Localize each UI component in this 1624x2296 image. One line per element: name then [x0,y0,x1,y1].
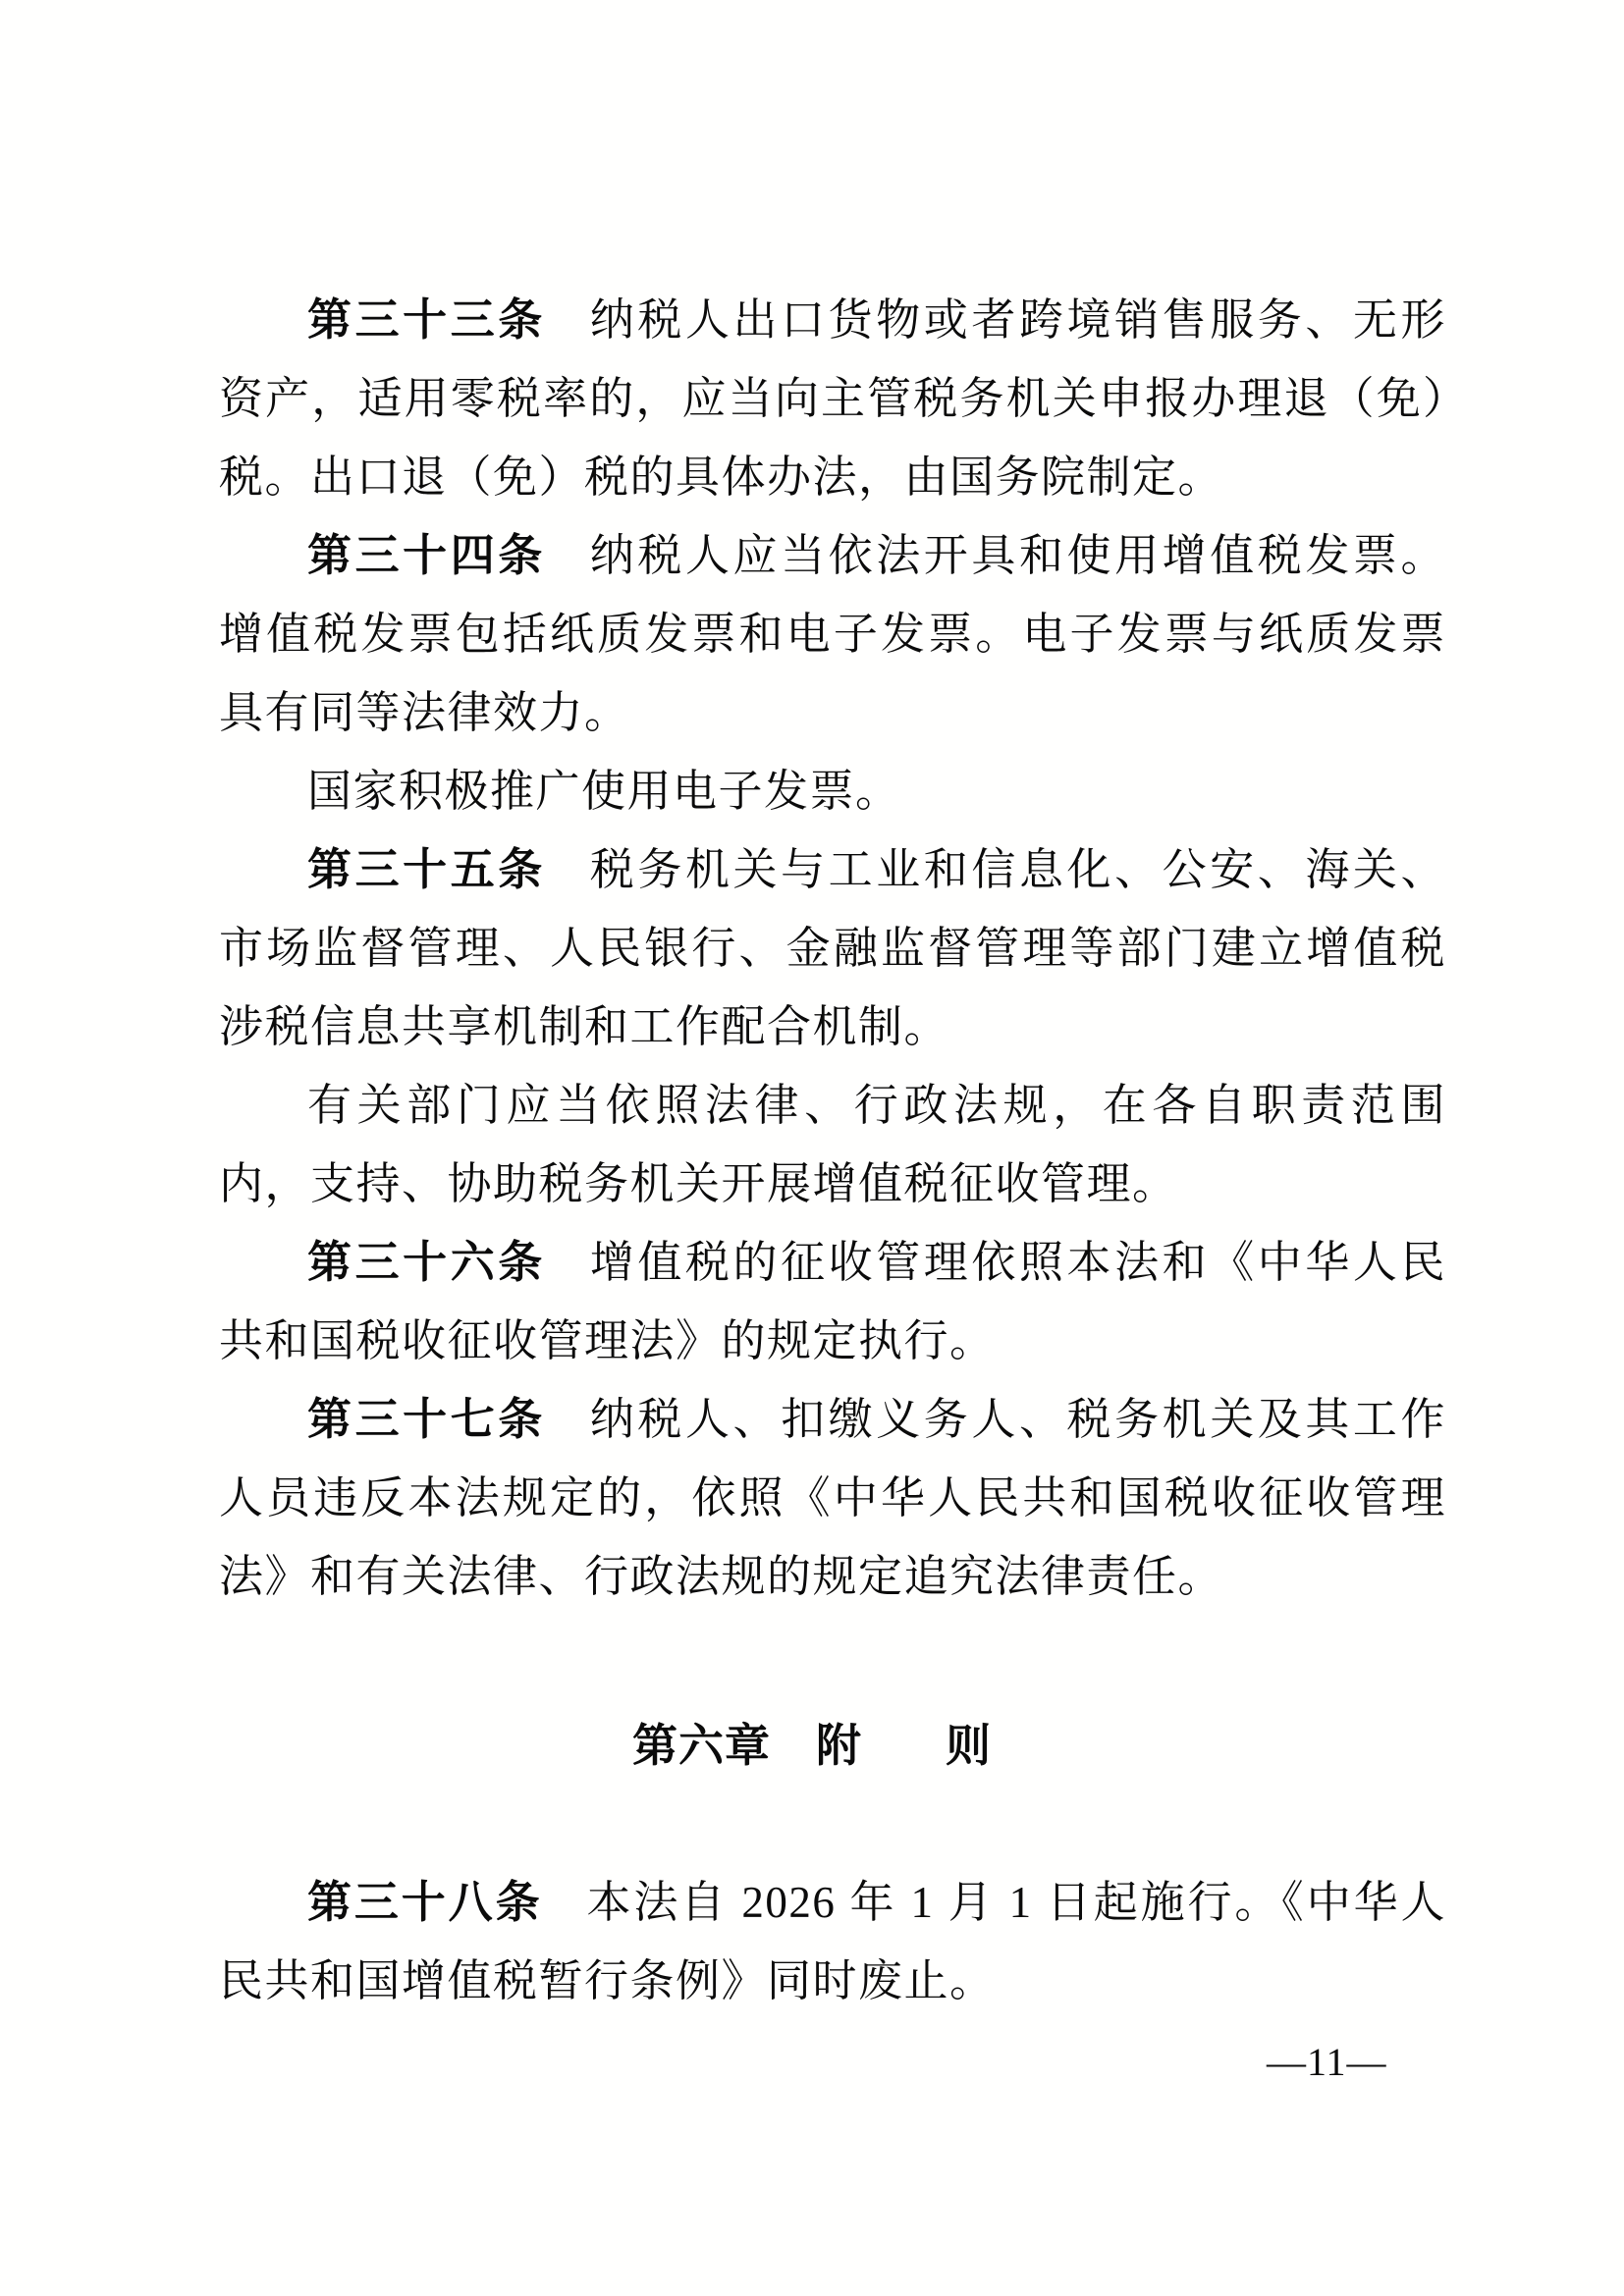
article-34-subparagraph: 国家积极推广使用电子发票。 [219,752,1446,830]
page-number: —11— [1267,2040,1387,2085]
article-37-number: 第三十七条 [307,1394,546,1444]
article-38-paragraph: 第三十八条本法自 2026 年 1 月 1 日起施行。《中华人民共和国增值税暂行… [219,1863,1446,2020]
closing-section: 第三十八条本法自 2026 年 1 月 1 日起施行。《中华人民共和国增值税暂行… [219,1863,1446,2020]
article-36-number: 第三十六条 [307,1237,546,1287]
article-36-paragraph: 第三十六条增值税的征收管理依照本法和《中华人民共和国税收征收管理法》的规定执行。 [219,1223,1446,1380]
article-34-paragraph: 第三十四条纳税人应当依法开具和使用增值税发票。增值税发票包括纸质发票和电子发票。… [219,516,1446,752]
document-page: 第三十三条纳税人出口货物或者跨境销售服务、无形资产，适用零税率的，应当向主管税务… [0,0,1624,2296]
article-35-subparagraph-text: 有关部门应当依照法律、行政法规，在各自职责范围内，支持、协助税务机关开展增值税征… [219,1081,1446,1208]
article-38-number: 第三十八条 [307,1877,542,1927]
document-body: 第三十三条纳税人出口货物或者跨境销售服务、无形资产，适用零税率的，应当向主管税务… [219,281,1446,1616]
article-37-paragraph: 第三十七条纳税人、扣缴义务人、税务机关及其工作人员违反本法规定的，依照《中华人民… [219,1380,1446,1616]
article-35-paragraph: 第三十五条税务机关与工业和信息化、公安、海关、市场监督管理、人民银行、金融监督管… [219,830,1446,1066]
chapter-title-char-1: 附 [816,1720,862,1771]
article-33-number: 第三十三条 [307,294,546,345]
chapter-title-char-2: 则 [946,1720,992,1771]
article-34-subparagraph-text: 国家积极推广使用电子发票。 [307,767,901,816]
article-35-number: 第三十五条 [307,844,546,894]
article-33-paragraph: 第三十三条纳税人出口货物或者跨境销售服务、无形资产，适用零税率的，应当向主管税务… [219,281,1446,516]
chapter-number: 第六章 [632,1720,771,1771]
article-34-number: 第三十四条 [307,530,546,580]
chapter-heading: 第六章附则 [0,1706,1624,1785]
article-35-subparagraph: 有关部门应当依照法律、行政法规，在各自职责范围内，支持、协助税务机关开展增值税征… [219,1066,1446,1223]
